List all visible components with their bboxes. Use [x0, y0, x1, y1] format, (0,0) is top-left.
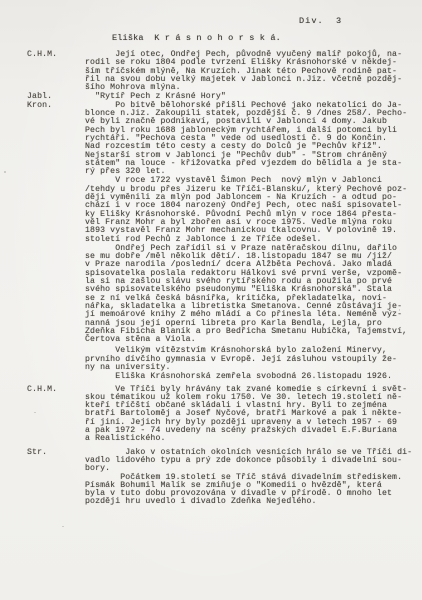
margin-label: Jabl.Kron.	[0, 93, 85, 110]
scan-artifact	[4, 171, 6, 173]
margin-label-line: Kron.	[27, 102, 85, 110]
page-header-number: Div. 3	[299, 17, 342, 25]
document-page: Div. 3 Eliška K r á s n o h o r s k á. C…	[0, 0, 422, 600]
paragraph-text: Ve Tříči byly hrávány tak zvané komedie …	[85, 386, 422, 444]
margin-label: C.H.M.	[0, 386, 85, 394]
margin-label-line: Str.	[27, 449, 85, 457]
margin-label-line: C.H.M.	[27, 386, 85, 394]
paragraph: V roce 1722 vystavěl Šimon Pech nový mlý…	[0, 177, 422, 243]
paragraph: C.H.M. Její otec, Ondřej Pech, původně v…	[0, 51, 422, 92]
paragraph-text: "Rytíř Pech z Krásné Hory" Po bitvě bělo…	[85, 93, 422, 176]
paragraph-text: Velikým vítězstvím Krásnohorská bylo zal…	[85, 347, 422, 372]
paragraph: Jabl.Kron. "Rytíř Pech z Krásné Hory" Po…	[0, 93, 422, 176]
paragraph: C.H.M. Ve Tříči byly hrávány tak zvané k…	[0, 386, 422, 444]
paragraph: Str. Jako v ostatních okolních vesnicích…	[0, 449, 422, 507]
paragraph-text: V roce 1722 vystavěl Šimon Pech nový mlý…	[85, 177, 422, 243]
scan-artifact	[34, 412, 36, 413]
paragraph: Ondřej Pech zařídil si v Praze natěračsk…	[0, 245, 422, 345]
text-line: Eliška Krásnohorská zemřela svobodná 26.…	[85, 373, 422, 381]
scan-artifact	[62, 526, 64, 527]
scan-artifact	[399, 309, 400, 311]
paragraph: Eliška Krásnohorská zemřela svobodná 26.…	[0, 373, 422, 381]
text-line: století rod Pechů z Jablonce i ze Tříče …	[85, 236, 422, 244]
paragraph-text: Její otec, Ondřej Pech, původně vyučený …	[85, 51, 422, 92]
margin-label: C.H.M.	[0, 51, 85, 59]
paragraph-text: Jako v ostatních okolních vesnicích hrál…	[85, 449, 422, 507]
document-title: Eliška K r á s n o h o r s k á.	[112, 34, 281, 42]
text-line: a Realistického.	[85, 435, 422, 443]
paragraph-text: Ondřej Pech zařídil si v Praze natěračsk…	[85, 245, 422, 345]
text-line: vadlo lidového typu a prý zde dokonce pů…	[85, 457, 422, 465]
document-body: C.H.M. Její otec, Ondřej Pech, původně v…	[0, 51, 422, 507]
text-line: později hru uvedlo i divadlo Zdeňka Neje…	[85, 498, 422, 506]
paragraph: Velikým vítězstvím Krásnohorská bylo zal…	[0, 347, 422, 372]
margin-label-line: C.H.M.	[27, 51, 85, 59]
paragraph-text: Eliška Krásnohorská zemřela svobodná 26.…	[85, 373, 422, 381]
text-line: Čertova stěna a Viola.	[85, 336, 422, 344]
margin-label: Str.	[0, 449, 85, 457]
